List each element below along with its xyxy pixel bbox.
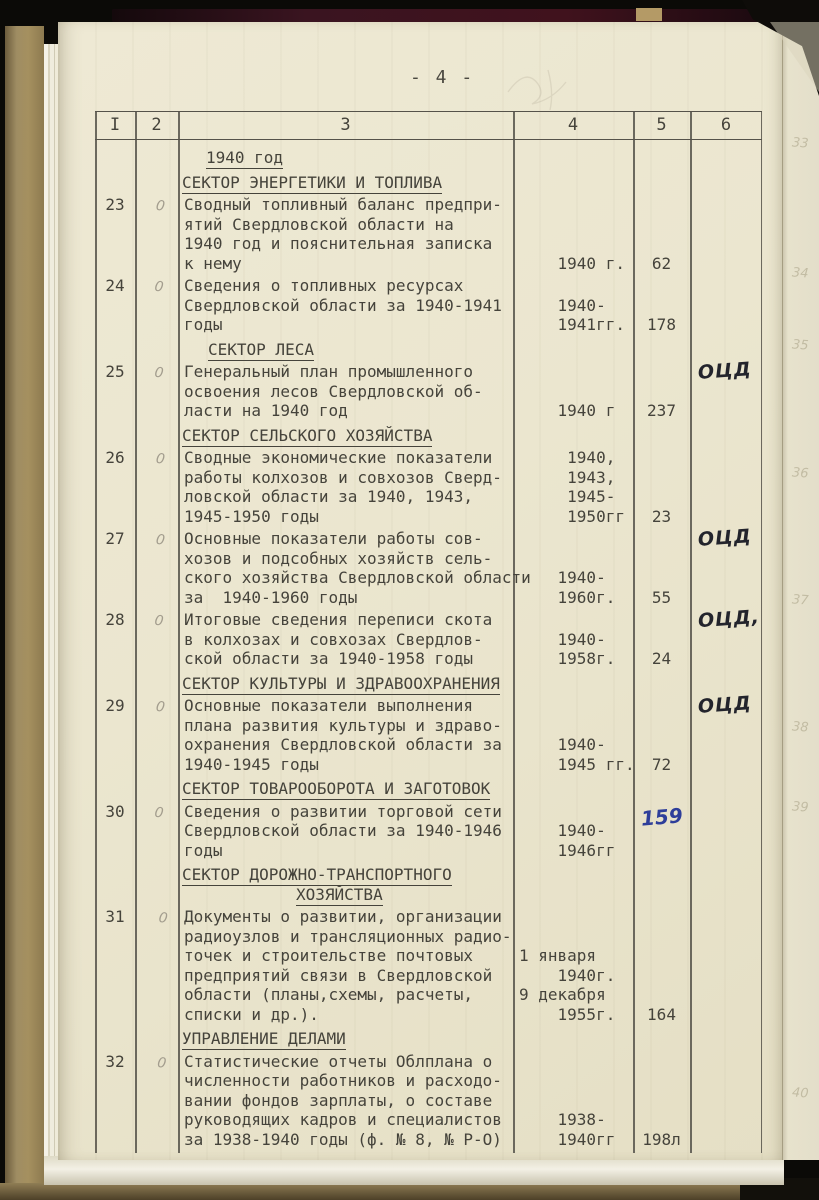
dates-cell: 1940- 1960г. [513, 529, 633, 607]
description-line: Свердловской области за 1940-1941 [184, 296, 513, 316]
quantity-value: 164 [647, 1005, 676, 1025]
date-line: 1945 гг. [519, 755, 633, 775]
description-line: точек и строительстве почтовых [184, 946, 513, 966]
date-line: 1958г. [519, 649, 633, 669]
section-heading-row: СЕКТОР ТОВАРООБОРОТА И ЗАГОТОВОК [95, 779, 762, 799]
quantity-value: 55 [652, 588, 671, 608]
row-number: 28 [95, 610, 135, 669]
row-number: 26 [95, 448, 135, 526]
quantity-cell: 198л [633, 1052, 690, 1150]
check-mark: 0 [130, 526, 183, 609]
date-line: 1940- [519, 630, 633, 650]
description-line: 1940 год и пояснительная записка [184, 234, 513, 254]
quantity-value: 24 [652, 649, 671, 669]
edge-page-number: 34 [791, 265, 809, 281]
quantity-cell: 62 [633, 195, 690, 273]
description-line: ловской области за 1940, 1943, [184, 487, 513, 507]
scanned-document-background: - 4 - I 2 3 4 5 6 1940 годСЕКТОР ЭНЕРГЕТ… [0, 0, 819, 1200]
edge-page-number: 40 [791, 1085, 809, 1101]
dates-cell: 1938- 1940гг [513, 1052, 633, 1150]
table-header: I 2 3 4 5 6 [95, 111, 762, 140]
date-line: 1945- [519, 487, 633, 507]
note-cell [690, 907, 762, 1024]
section-heading-cell: СЕКТОР СЕЛЬСКОГО ХОЗЯЙСТВА [178, 426, 513, 446]
description-line: 1945-1950 годы [184, 507, 513, 527]
section-heading-cell: СЕКТОР ЛЕСА [178, 340, 513, 360]
dates-cell: 1940- 1941гг. [513, 276, 633, 335]
date-line: 1940, [519, 448, 633, 468]
section-heading-cell: СЕКТОР ЭНЕРГЕТИКИ И ТОПЛИВА [178, 173, 513, 193]
cover-tab [636, 8, 662, 21]
section-heading-text: СЕКТОР ТОВАРООБОРОТА И ЗАГОТОВОК [182, 779, 490, 800]
quantity-value: 159 [640, 806, 683, 829]
dates-cell: 1940, 1943, 1945- 1950гг [513, 448, 633, 526]
date-line: 1 января [519, 946, 633, 966]
header-cell-4: 4 [513, 116, 633, 136]
description-line: за 1940-1960 годы [184, 588, 513, 608]
check-mark: 0 [131, 359, 182, 423]
description-line: Свердловской области за 1940-1946 [184, 821, 513, 841]
dates-cell: 1940- 1945 гг. [513, 696, 633, 774]
row-number: 27 [95, 529, 135, 607]
check-mark: 0 [131, 607, 182, 671]
quantity-cell: 23 [633, 448, 690, 526]
book-cover-left-edge [5, 26, 44, 1200]
description-cell: Итоговые сведения переписи скотав колхоз… [178, 610, 513, 669]
date-line: 1940- [519, 296, 633, 316]
next-page-edge: 3334353637383940 [782, 28, 819, 1160]
description-line: вании фондов зарплаты, о составе [184, 1091, 513, 1111]
date-line: 1940 г. [519, 254, 633, 274]
header-cell-1: I [95, 116, 135, 136]
section-heading-line: СЕКТОР СЕЛЬСКОГО ХОЗЯЙСТВА [178, 426, 513, 446]
date-line: 1940 г [519, 401, 633, 421]
quantity-value: 72 [652, 755, 671, 775]
quantity-cell: 24 [633, 610, 690, 669]
quantity-cell: 159 [633, 802, 690, 861]
table-row: 280Итоговые сведения переписи скотав кол… [95, 610, 762, 669]
section-heading-text: 1940 год [206, 148, 283, 169]
date-line: 1960г. [519, 588, 633, 608]
quantity-cell: 72 [633, 696, 690, 774]
row-number: 30 [95, 802, 135, 861]
ocd-mark: ОЦД, [697, 608, 760, 632]
ocd-mark: ОЦД [697, 694, 752, 717]
date-line: 9 декабря [519, 985, 633, 1005]
row-number: 23 [95, 195, 135, 273]
page-stack-bottom-edge [44, 1156, 784, 1185]
section-heading-cell: СЕКТОР КУЛЬТУРЫ И ЗДРАВООХРАНЕНИЯ [178, 674, 513, 694]
quantity-cell: 178 [633, 276, 690, 335]
section-heading-text: УПРАВЛЕНИЕ ДЕЛАМИ [182, 1029, 346, 1050]
dates-cell: 1940- 1958г. [513, 610, 633, 669]
section-heading-cell: 1940 год [178, 148, 513, 168]
date-line: 1955г. [519, 1005, 633, 1025]
description-cell: Основные показатели выполненияплана разв… [178, 696, 513, 774]
description-line: 1940-1945 годы [184, 755, 513, 775]
description-line: Сведения о развитии торговой сети [184, 802, 513, 822]
description-cell: Сводные экономические показателиработы к… [178, 448, 513, 526]
date-line: 1940- [519, 735, 633, 755]
section-heading-text: СЕКТОР КУЛЬТУРЫ И ЗДРАВООХРАНЕНИЯ [182, 674, 500, 695]
description-cell: Основные показатели работы сов-хозов и п… [178, 529, 513, 607]
check-mark: 0 [130, 192, 183, 275]
date-line: 1940г. [519, 966, 633, 986]
note-cell: ОЦД [690, 696, 762, 774]
edge-page-number: 38 [791, 719, 809, 735]
table-body: 1940 годСЕКТОР ЭНЕРГЕТИКИ И ТОПЛИВА230Св… [95, 140, 762, 1149]
check-mark: 0 [130, 693, 183, 776]
section-heading-row: СЕКТОР ДОРОЖНО-ТРАНСПОРТНОГОХОЗЯЙСТВА [95, 865, 762, 904]
inventory-table: I 2 3 4 5 6 1940 годСЕКТОР ЭНЕРГЕТИКИ И … [95, 111, 762, 1149]
table-row: 320Статистические отчеты Облплана очисле… [95, 1052, 762, 1150]
section-heading-line: 1940 год [178, 148, 513, 168]
section-heading-row: СЕКТОР КУЛЬТУРЫ И ЗДРАВООХРАНЕНИЯ [95, 674, 762, 694]
table-row: 230Сводный топливный баланс предпри-ятий… [95, 195, 762, 273]
description-line: списки и др.). [184, 1005, 513, 1025]
section-heading-line: СЕКТОР КУЛЬТУРЫ И ЗДРАВООХРАНЕНИЯ [178, 674, 513, 694]
description-line: Основные показатели работы сов- [184, 529, 513, 549]
header-cell-5: 5 [633, 116, 690, 136]
section-heading-text: ХОЗЯЙСТВА [296, 885, 383, 906]
header-cell-2: 2 [135, 116, 178, 136]
edge-page-number: 36 [791, 465, 809, 481]
note-cell [690, 195, 762, 273]
check-mark: 0 [130, 445, 183, 528]
description-line: Статистические отчеты Облплана о [184, 1052, 513, 1072]
quantity-value: 23 [652, 507, 671, 527]
table-row: 250Генеральный план промышленногоосвоени… [95, 362, 762, 421]
description-line: Сводный топливный баланс предпри- [184, 195, 513, 215]
quantity-cell: 237 [633, 362, 690, 421]
dates-cell: 1940- 1946гг [513, 802, 633, 861]
year-heading-row: 1940 год [95, 148, 762, 168]
section-heading-line: СЕКТОР ЭНЕРГЕТИКИ И ТОПЛИВА [178, 173, 513, 193]
check-mark: 0 [131, 273, 182, 337]
section-heading-line: ХОЗЯЙСТВА [178, 885, 513, 905]
description-line: Документы о развитии, организации [184, 907, 513, 927]
note-cell: ОЦД, [690, 610, 762, 669]
description-line: ятий Свердловской области на [184, 215, 513, 235]
description-line: работы колхозов и совхозов Сверд- [184, 468, 513, 488]
section-heading-row: СЕКТОР ЭНЕРГЕТИКИ И ТОПЛИВА [95, 173, 762, 193]
note-cell [690, 1052, 762, 1150]
date-line: 1940- [519, 568, 633, 588]
section-heading-text: СЕКТОР ЛЕСА [208, 340, 314, 361]
description-line: численности работников и расходо- [184, 1071, 513, 1091]
quantity-cell: 164 [633, 907, 690, 1024]
quantity-value: 237 [647, 401, 676, 421]
description-line: Генеральный план промышленного [184, 362, 513, 382]
row-number: 25 [95, 362, 135, 421]
description-line: ласти на 1940 год [184, 401, 513, 421]
note-cell: ОЦД [690, 529, 762, 607]
section-heading-line: СЕКТОР ДОРОЖНО-ТРАНСПОРТНОГО [178, 865, 513, 885]
section-heading-row: СЕКТОР ЛЕСА [95, 340, 762, 360]
edge-page-number: 39 [791, 799, 809, 815]
description-cell: Документы о развитии, организациирадиоуз… [178, 907, 513, 1024]
section-heading-text: СЕКТОР ЭНЕРГЕТИКИ И ТОПЛИВА [182, 173, 442, 194]
description-cell: Сведения о топливных ресурсахСвердловско… [178, 276, 513, 335]
quantity-value: 198л [642, 1130, 681, 1150]
note-cell [690, 276, 762, 335]
cover-spine-top [112, 9, 760, 22]
header-cell-6: 6 [690, 116, 762, 136]
description-line: области (планы,схемы, расчеты, [184, 985, 513, 1005]
edge-page-number: 35 [791, 337, 809, 353]
table-row: 240Сведения о топливных ресурсахСвердлов… [95, 276, 762, 335]
check-mark: 0 [131, 799, 182, 863]
date-line: 1940- [519, 821, 633, 841]
section-heading-row: СЕКТОР СЕЛЬСКОГО ХОЗЯЙСТВА [95, 426, 762, 446]
description-line: к нему [184, 254, 513, 274]
description-cell: Сведения о развитии торговой сетиСвердло… [178, 802, 513, 861]
note-cell: ОЦД [690, 362, 762, 421]
table-row: 260Сводные экономические показателиработ… [95, 448, 762, 526]
section-heading-cell: УПРАВЛЕНИЕ ДЕЛАМИ [178, 1029, 513, 1049]
description-line: ского хозяйства Свердловской области [184, 568, 513, 588]
quantity-value: 178 [647, 315, 676, 335]
description-line: Сведения о топливных ресурсах [184, 276, 513, 296]
header-cell-3: 3 [178, 116, 513, 136]
section-heading-line: УПРАВЛЕНИЕ ДЕЛАМИ [178, 1029, 513, 1049]
section-heading-line: СЕКТОР ЛЕСА [178, 340, 513, 360]
description-line: охранения Свердловской области за [184, 735, 513, 755]
dates-cell: 1940 г. [513, 195, 633, 273]
table-row: 270Основные показатели работы сов-хозов … [95, 529, 762, 607]
dates-cell: 1 января 1940г.9 декабря 1955г. [513, 907, 633, 1024]
date-line: 1940гг [519, 1130, 633, 1150]
quantity-cell: 55 [633, 529, 690, 607]
ocd-mark: ОЦД [697, 527, 752, 550]
book-cover-bottom-edge [0, 1183, 760, 1200]
date-line: 1938- [519, 1110, 633, 1130]
description-line: предприятий связи в Свердловской [184, 966, 513, 986]
section-heading-text: СЕКТОР СЕЛЬСКОГО ХОЗЯЙСТВА [182, 426, 432, 447]
date-line: 1946гг [519, 841, 633, 861]
date-line: 1950гг [519, 507, 633, 527]
note-cell [690, 802, 762, 861]
description-line: Итоговые сведения переписи скота [184, 610, 513, 630]
description-cell: Сводный топливный баланс предпри-ятий Св… [178, 195, 513, 273]
section-heading-line: СЕКТОР ТОВАРООБОРОТА И ЗАГОТОВОК [178, 779, 513, 799]
description-line: хозов и подсобных хозяйств сель- [184, 549, 513, 569]
edge-page-number: 33 [791, 135, 809, 151]
date-line: 1941гг. [519, 315, 633, 335]
description-line: годы [184, 315, 513, 335]
description-line: Основные показатели выполнения [184, 696, 513, 716]
note-cell [690, 448, 762, 526]
quantity-value: 62 [652, 254, 671, 274]
table-row: 310Документы о развитии, организацииради… [95, 907, 762, 1024]
edge-page-number: 37 [791, 592, 809, 608]
row-number: 29 [95, 696, 135, 774]
table-row: 300Сведения о развитии торговой сетиСвер… [95, 802, 762, 861]
description-line: годы [184, 841, 513, 861]
description-line: руководящих кадров и специалистов [184, 1110, 513, 1130]
date-line: 1943, [519, 468, 633, 488]
section-heading-row: УПРАВЛЕНИЕ ДЕЛАМИ [95, 1029, 762, 1049]
dates-cell: 1940 г [513, 362, 633, 421]
description-line: радиоузлов и трансляционных радио- [184, 927, 513, 947]
section-heading-cell: СЕКТОР ДОРОЖНО-ТРАНСПОРТНОГОХОЗЯЙСТВА [178, 865, 513, 904]
description-cell: Статистические отчеты Облплана очисленно… [178, 1052, 513, 1150]
description-cell: Генеральный план промышленногоосвоения л… [178, 362, 513, 421]
description-line: Сводные экономические показатели [184, 448, 513, 468]
ocd-mark: ОЦД [697, 360, 752, 383]
page-number: - 4 - [410, 68, 474, 88]
section-heading-cell: СЕКТОР ТОВАРООБОРОТА И ЗАГОТОВОК [178, 779, 513, 799]
description-line: за 1938-1940 годы (ф. № 8, № Р-О) [184, 1130, 513, 1150]
description-line: плана развития культуры и здраво- [184, 716, 513, 736]
table-row: 290Основные показатели выполненияплана р… [95, 696, 762, 774]
description-line: в колхозах и совхозах Свердлов- [184, 630, 513, 650]
row-number: 24 [95, 276, 135, 335]
section-heading-text: СЕКТОР ДОРОЖНО-ТРАНСПОРТНОГО [182, 865, 452, 886]
check-mark: 0 [128, 1049, 184, 1152]
description-line: ской области за 1940-1958 годы [184, 649, 513, 669]
description-line: освоения лесов Свердловской об- [184, 382, 513, 402]
document-page: - 4 - I 2 3 4 5 6 1940 годСЕКТОР ЭНЕРГЕТ… [58, 22, 782, 1160]
